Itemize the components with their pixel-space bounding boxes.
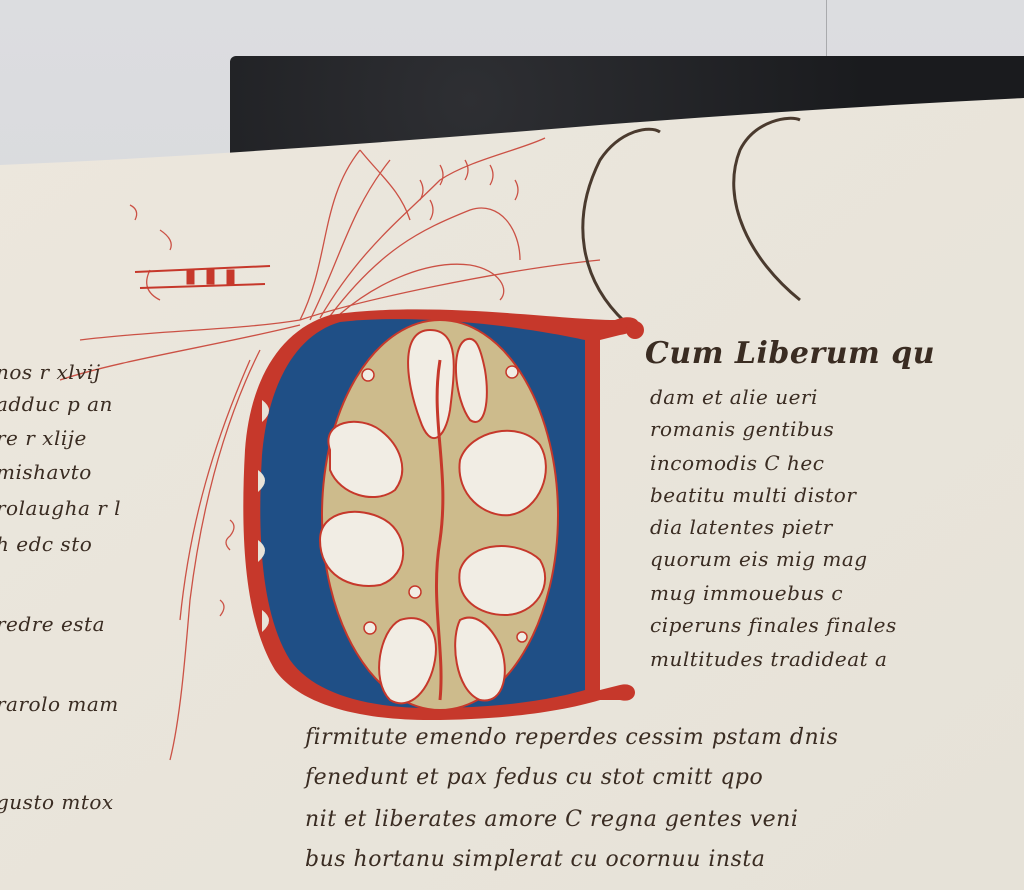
- margin-line: nos r xlvij: [0, 360, 101, 384]
- text-line: nit et liberates amore C regna gentes ve…: [305, 807, 798, 832]
- margin-line: re r xlije: [0, 426, 87, 450]
- margin-line: h edc sto: [0, 532, 92, 556]
- manuscript-page: [0, 0, 1024, 890]
- text-line: ciperuns finales finales: [650, 613, 897, 637]
- text-line: beatitu multi distor: [650, 483, 856, 507]
- text-line: quorum eis mig mag: [650, 547, 868, 571]
- text-line: dia latentes pietr: [650, 515, 833, 539]
- margin-line: adduc p an: [0, 392, 113, 416]
- text-line: multitudes tradideat a: [650, 647, 887, 671]
- margin-line: rolaugha r l: [0, 496, 121, 520]
- text-line: mug immouebus c: [650, 581, 843, 605]
- margin-line: rarolo mam: [0, 692, 119, 716]
- margin-line: mishavto: [0, 460, 92, 484]
- margin-line: gusto mtox: [0, 790, 114, 814]
- illuminated-initial: [243, 309, 644, 720]
- text-line: fenedunt et pax fedus cu stot cmitt qpo: [305, 765, 763, 790]
- text-line: romanis gentibus: [650, 417, 834, 441]
- text-line: incomodis C hec: [650, 451, 824, 475]
- text-line: bus hortanu simplerat cu ocornuu insta: [305, 847, 765, 872]
- opening-line: Cum Liberum qu: [645, 336, 935, 371]
- text-line: dam et alie ueri: [650, 385, 818, 409]
- opening-line-text: Cum Liberum qu: [645, 336, 935, 371]
- margin-line: redre esta: [0, 612, 105, 636]
- text-line: firmitute emendo reperdes cessim pstam d…: [305, 725, 838, 750]
